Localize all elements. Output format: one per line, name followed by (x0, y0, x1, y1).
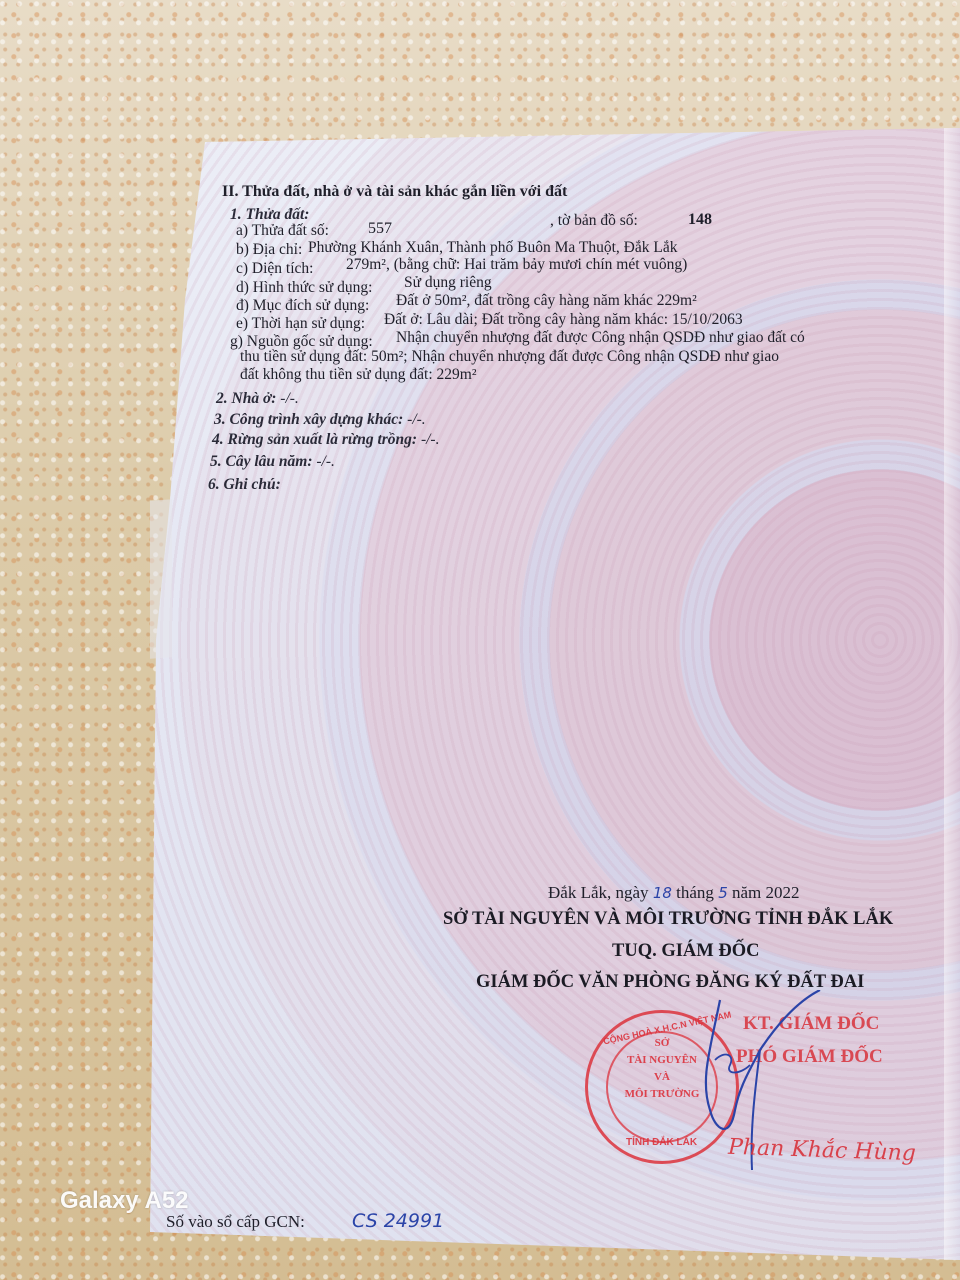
parcel-number-label: a) Thửa đất số: (236, 222, 329, 240)
area-label: c) Diện tích: (236, 260, 313, 278)
usage-purpose-label: đ) Mục đích sử dụng: (236, 297, 369, 315)
tuq-title: TUQ. GIÁM ĐỐC (612, 941, 760, 962)
registry-number: CS 24991 (352, 1210, 444, 1232)
usage-form-label: d) Hình thức sử dụng: (236, 279, 373, 297)
area-value: 279m², (bằng chữ: Hai trăm bảy mươi chín… (346, 256, 687, 274)
issue-date: Đắk Lắk, ngày 18 tháng 5 năm 2022 (548, 883, 800, 903)
item-label: 2. Nhà ở: (216, 390, 276, 407)
address-label: b) Địa chỉ: (236, 241, 302, 259)
item-label: 3. Công trình xây dựng khác: (214, 411, 403, 428)
year-label: năm 2022 (732, 883, 800, 902)
usage-term-label: e) Thời hạn sử dụng: (236, 315, 365, 333)
item-label: 5. Cây lâu năm: (210, 453, 312, 470)
list-item: 4. Rừng sản xuất là rừng trồng: -/-. (212, 431, 439, 449)
usage-form-value: Sử dụng riêng (404, 274, 492, 292)
page-fold (944, 128, 960, 1260)
issuing-authority: SỞ TÀI NGUYÊN VÀ MÔI TRƯỜNG TỈNH ĐẮK LẮK (443, 909, 893, 930)
list-item: 2. Nhà ở: -/-. (216, 390, 299, 408)
issue-month: 5 (718, 884, 728, 902)
tape-strip (150, 499, 172, 659)
camera-watermark: Galaxy A52 (60, 1187, 189, 1215)
item-value: -/-. (407, 411, 426, 428)
item-label: 4. Rừng sản xuất là rừng trồng: (212, 431, 417, 448)
map-sheet-value: 148 (688, 211, 712, 229)
address-value: Phường Khánh Xuân, Thành phố Buôn Ma Thu… (308, 239, 677, 257)
item-value: -/-. (316, 453, 335, 470)
place-prefix: Đắk Lắk, ngày (548, 883, 649, 902)
item-label: 6. Ghi chú: (208, 476, 281, 493)
usage-purpose-value: Đất ở 50m², đất trồng cây hàng năm khác … (396, 292, 697, 310)
registry-label: Số vào sổ cấp GCN: (166, 1212, 305, 1232)
list-item: 3. Công trình xây dựng khác: -/-. (214, 411, 426, 429)
section-title: II. Thửa đất, nhà ở và tài sản khác gắn … (222, 183, 567, 201)
origin-line-1: Nhận chuyển nhượng đất được Công nhận QS… (396, 329, 805, 347)
list-item: 6. Ghi chú: (208, 476, 281, 494)
item-value: -/-. (280, 390, 299, 407)
usage-term-value: Đất ở: Lâu dài; Đất trồng cây hàng năm k… (384, 311, 743, 329)
parcel-number-value: 557 (368, 220, 392, 238)
item-value: -/-. (421, 431, 440, 448)
list-item: 5. Cây lâu năm: -/-. (210, 453, 335, 471)
origin-line-3: đất không thu tiền sử dụng đất: 229m² (240, 366, 477, 384)
month-label: tháng (676, 883, 714, 902)
map-sheet-label: , tờ bản đồ số: (550, 212, 638, 230)
origin-line-2: thu tiền sử dụng đất: 50m²; Nhận chuyển … (240, 348, 779, 366)
issue-day: 18 (653, 884, 672, 902)
